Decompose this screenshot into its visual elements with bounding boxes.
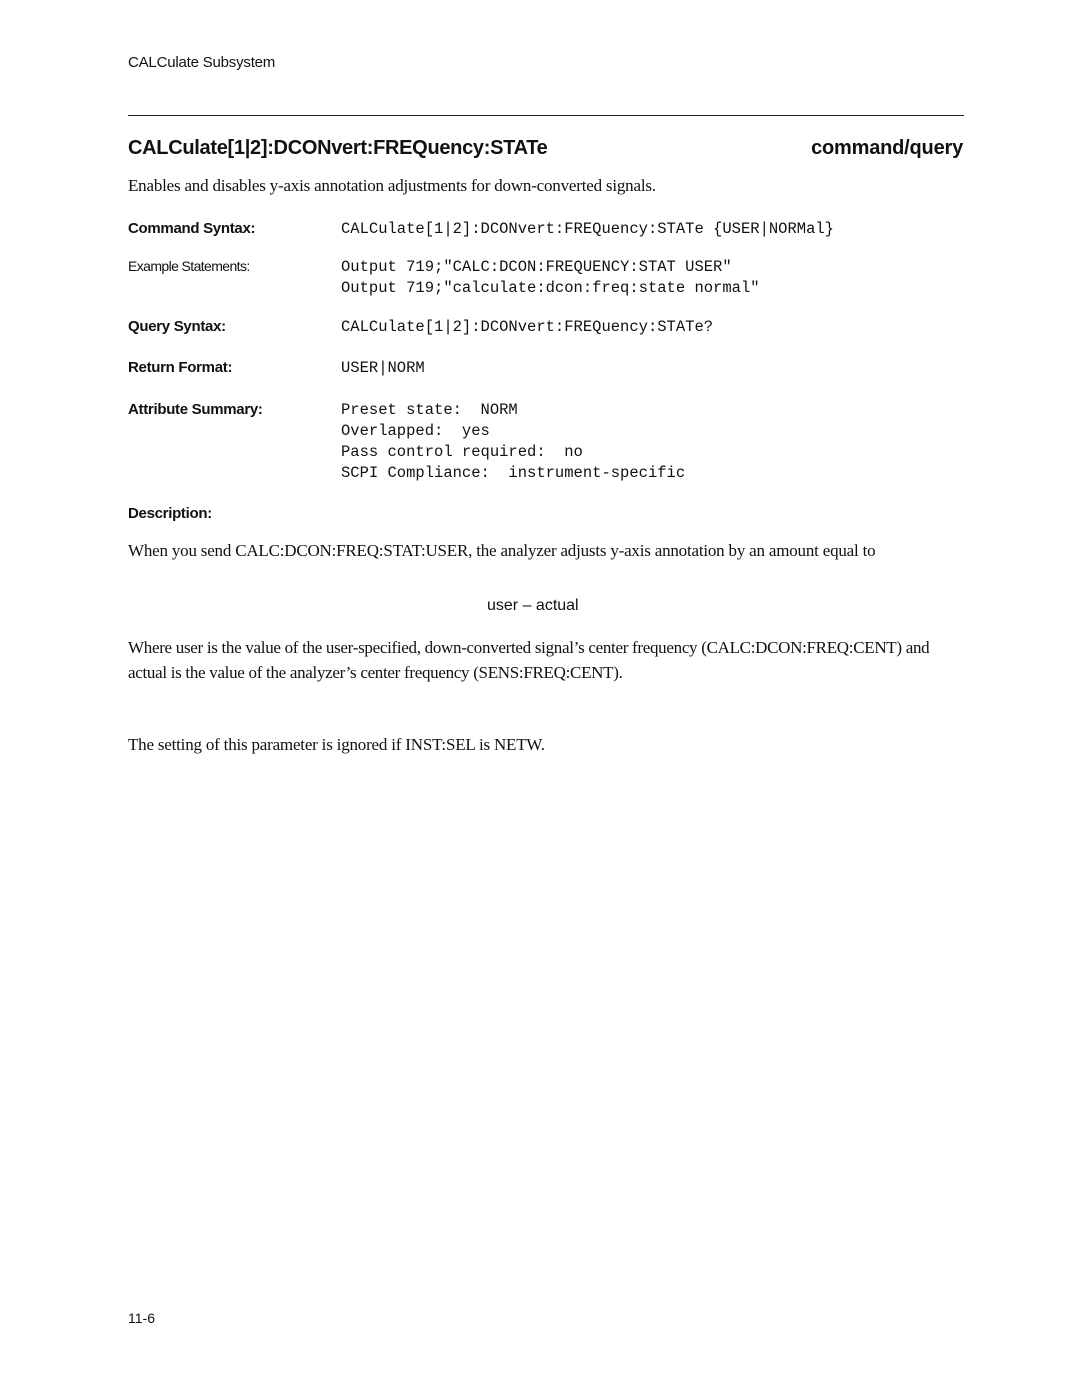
command-title: CALCulate[1|2]:DCONvert:FREQuency:STATe (128, 137, 548, 160)
page-number: 11-6 (128, 1310, 155, 1326)
description-paragraph-2: Where user is the value of the user-spec… (128, 635, 948, 685)
return-format-label: Return Format: (128, 359, 232, 376)
header-rule (128, 115, 964, 116)
description-paragraph-1: When you send CALC:DCON:FREQ:STAT:USER, … (128, 538, 948, 563)
query-syntax-label: Query Syntax: (128, 318, 226, 335)
attribute-overlapped: Overlapped: yes (341, 421, 490, 442)
return-format-value: USER|NORM (341, 358, 425, 379)
command-syntax-value: CALCulate[1|2]:DCONvert:FREQuency:STATe … (341, 219, 834, 240)
example-statement-1: Output 719;"CALC:DCON:FREQUENCY:STAT USE… (341, 257, 732, 278)
query-syntax-value: CALCulate[1|2]:DCONvert:FREQuency:STATe? (341, 317, 713, 338)
attribute-summary-label: Attribute Summary: (128, 401, 263, 418)
description-label: Description: (128, 505, 212, 522)
description-formula: user – actual (487, 597, 579, 615)
attribute-preset-state: Preset state: NORM (341, 400, 518, 421)
example-statement-2: Output 719;"calculate:dcon:freq:state no… (341, 278, 760, 299)
command-type: command/query (811, 137, 963, 160)
attribute-scpi-compliance: SCPI Compliance: instrument-specific (341, 463, 685, 484)
description-paragraph-3: The setting of this parameter is ignored… (128, 735, 948, 755)
attribute-pass-control: Pass control required: no (341, 442, 583, 463)
example-statements-label: Example Statements: (128, 258, 250, 274)
command-syntax-label: Command Syntax: (128, 220, 255, 237)
running-head: CALCulate Subsystem (128, 54, 275, 71)
command-summary: Enables and disables y-axis annotation a… (128, 176, 656, 196)
